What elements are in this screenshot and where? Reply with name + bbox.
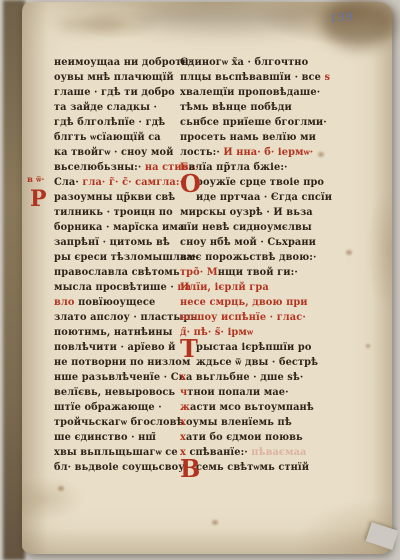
text-segment: повїюоущесе bbox=[75, 297, 156, 308]
text-segment: ка твойгѡ · сноу мой bbox=[54, 147, 173, 158]
top-edge-stain bbox=[58, 16, 118, 32]
text-line: вмє порожьствѣ двою:· bbox=[180, 250, 318, 265]
text-line: ношоу испѣнїе · глас· bbox=[180, 310, 318, 325]
text-line: хвы вьпльщьшагѡ се bbox=[54, 445, 174, 460]
text-line: в ѿ·Сла· гла· г̃· с̃· самгла:· bbox=[54, 175, 174, 190]
text-segment: гла· г̃· с̃· самгла:· bbox=[82, 177, 183, 188]
text-line: ждьсе ѿ двы · бестрѣ bbox=[180, 355, 318, 370]
text-line: ха вьгльбне · дше ѕѣ· bbox=[180, 370, 318, 385]
text-segment: семь свѣтѡмь стнїй bbox=[196, 462, 309, 473]
text-line: вьселюбьзны:· на стива· bbox=[54, 160, 174, 175]
text-segment: ношоу испѣнїе · глас· bbox=[180, 312, 306, 323]
stain-spot bbox=[346, 250, 352, 255]
text-line: Трыстаа ієрѣпшїи ро bbox=[180, 340, 318, 355]
text-line: д̃· пѣ· ѕ̃· ірмѡ bbox=[180, 325, 318, 340]
text-segment: ры єреси тѣзломышлаа· bbox=[54, 252, 196, 263]
text-segment: рыстаа ієрѣпшїи ро bbox=[196, 342, 312, 353]
text-line: просеть намь велїю ми bbox=[180, 130, 318, 145]
text-segment: велїєвь, невыровось bbox=[54, 387, 175, 398]
text-segment: злато апслоу · пластырь bbox=[54, 312, 197, 323]
text-segment: Єдиногѡ х̃а · блгочтно bbox=[180, 57, 308, 68]
text-line: Рразоумны цр̃кви свѣ bbox=[54, 190, 174, 205]
text-line: мысла просвѣтише · па bbox=[54, 280, 174, 295]
photo-backdrop: 139 неимоущаа ни добротн·оувы мнѣ плачющ… bbox=[0, 0, 400, 560]
stain-spot bbox=[58, 486, 64, 491]
text-line: тройчьскагѡ бгословѣ bbox=[54, 415, 174, 430]
text-segment: влїа пр̃тла бжіе:· bbox=[188, 162, 287, 173]
text-segment: пїи невѣ сидноумєлвы bbox=[180, 222, 312, 233]
text-segment: асти мсо вьтоумпанѣ bbox=[190, 402, 314, 413]
text-line: тро̃· Мнщи твой ги:· bbox=[180, 265, 318, 280]
text-line: блгть ѡсїающїй са bbox=[54, 130, 174, 145]
text-line: запрѣнї · цитомь вѣ bbox=[54, 235, 174, 250]
page-tear bbox=[366, 522, 399, 550]
stain-spot bbox=[366, 344, 370, 348]
text-segment: нше разьвлѣченїе · Сь bbox=[54, 372, 185, 383]
text-segment: сьнбсе приїеше бгоглми· bbox=[180, 117, 327, 128]
text-line: та зайде сладкы · bbox=[54, 100, 174, 115]
text-line: поютнмь, натнѣины bbox=[54, 325, 174, 340]
text-line: ше єдинство · нш̃ bbox=[54, 430, 174, 445]
text-segment: оувы мнѣ плачющїй bbox=[54, 72, 174, 83]
text-line: тилникь · троицн по bbox=[54, 205, 174, 220]
text-column-right: Єдиногѡ х̃а · блгочтноплцы вьспѣвавшїи ·… bbox=[180, 55, 318, 475]
text-segment: вмє порожьствѣ двою:· bbox=[180, 252, 317, 263]
text-segment: запрѣнї · цитомь вѣ bbox=[54, 237, 170, 248]
text-line: Илїи, ієрлй гра bbox=[180, 280, 318, 295]
text-segment: мысла просвѣтише · bbox=[54, 282, 177, 293]
text-line: злато апслоу · пластырь bbox=[54, 310, 174, 325]
text-line: несе смрць, двою при bbox=[180, 295, 318, 310]
text-line: иде пртчаа · Єгда спсїи bbox=[180, 190, 318, 205]
text-segment: вьселюбьзны:· bbox=[54, 162, 141, 173]
text-segment: бл· вьдвоіе соущьсвоу bbox=[54, 462, 185, 473]
text-segment: Илїи, ієрлй гра bbox=[180, 282, 269, 293]
text-segment: мирскы оузрѣ · И вьза bbox=[180, 207, 313, 218]
text-segment: ж bbox=[180, 402, 190, 413]
text-segment: штїе ображающе · bbox=[54, 402, 162, 413]
text-segment: православла свѣтомь bbox=[54, 267, 180, 278]
text-segment: та зайде сладкы · bbox=[54, 102, 157, 113]
text-segment: ше єдинство · нш̃ bbox=[54, 432, 156, 443]
text-segment: не потворни по низлом bbox=[54, 357, 191, 368]
text-segment: вло bbox=[54, 297, 75, 308]
text-line: велїєвь, невыровось bbox=[54, 385, 174, 400]
text-segment: хвы вьпльщьшагѡ се bbox=[54, 447, 178, 458]
text-line: штїе ображающе · bbox=[54, 400, 174, 415]
text-line: мирскы оузрѣ · И вьза bbox=[180, 205, 318, 220]
top-edge-stain bbox=[134, 6, 314, 32]
text-line: борника · марїска има bbox=[54, 220, 174, 235]
text-segment: оумы вленїемь пѣ bbox=[186, 417, 292, 428]
margin-rubric: в ѿ· bbox=[27, 176, 44, 185]
text-line: православла свѣтомь bbox=[54, 265, 174, 280]
text-segment: тройчьскагѡ бгословѣ bbox=[54, 417, 184, 428]
text-segment: повлѣчити · арїево й bbox=[54, 342, 176, 353]
text-line: ры єреси тѣзломышлаа· bbox=[54, 250, 174, 265]
text-segment: иде пртчаа · Єгда спсїи bbox=[196, 192, 332, 203]
text-segment: лость:· bbox=[180, 147, 223, 158]
text-line: вло повїюоущесе bbox=[54, 295, 174, 310]
text-line: хати бо єдмои поювь bbox=[180, 430, 318, 445]
text-line: хоумы вленїемь пѣ bbox=[180, 415, 318, 430]
illuminated-initial: Р bbox=[30, 188, 47, 210]
text-segment: нщи твой ги:· bbox=[218, 267, 298, 278]
text-line: чтнои попали мае· bbox=[180, 385, 318, 400]
text-line: Єдиногѡ х̃а · блгочтно bbox=[180, 55, 318, 70]
text-line: бл· вьдвоіе соущьсвоу bbox=[54, 460, 174, 475]
stain-spot bbox=[212, 520, 218, 525]
text-line: гдѣ блголѣпїе · гдѣ bbox=[54, 115, 174, 130]
text-line: повлѣчити · арїево й bbox=[54, 340, 174, 355]
text-line: плцы вьспѣвавшїи · все ѕ bbox=[180, 70, 318, 85]
text-line: хвалещїи проповѣдаше· bbox=[180, 85, 318, 100]
text-segment: роужїе срце твоіе про bbox=[196, 177, 324, 188]
text-line: нше разьвлѣченїе · Сь bbox=[54, 370, 174, 385]
text-line: тѣмь вѣнце побѣди bbox=[180, 100, 318, 115]
text-segment: И нна· б̃· іермѡ· bbox=[223, 147, 313, 158]
text-line: жасти мсо вьтоумпанѣ bbox=[180, 400, 318, 415]
text-line: сьнбсе приїеше бгоглми· bbox=[180, 115, 318, 130]
text-segment: тилникь · троицн по bbox=[54, 207, 173, 218]
text-line: Всемь свѣтѡмь стнїй bbox=[180, 460, 318, 475]
text-segment: неимоущаа ни добротн· bbox=[54, 57, 192, 68]
text-segment: борника · марїска има bbox=[54, 222, 184, 233]
text-segment: тнои попали мае· bbox=[187, 387, 288, 398]
text-line: сноу нбѣ мой · Сьхрани bbox=[180, 235, 318, 250]
text-line: неимоущаа ни добротн· bbox=[54, 55, 174, 70]
text-segment: тро̃· М bbox=[180, 267, 218, 278]
stain-spot bbox=[318, 152, 324, 157]
text-segment: ждьсе ѿ двы · бестрѣ bbox=[196, 357, 318, 368]
text-line: глаше · гдѣ ти добро bbox=[54, 85, 174, 100]
text-segment: сноу нбѣ мой · Сьхрани bbox=[180, 237, 316, 248]
text-segment: поютнмь, натнѣины bbox=[54, 327, 173, 338]
text-segment: ѕ bbox=[321, 72, 330, 83]
text-segment: тѣмь вѣнце побѣди bbox=[180, 102, 292, 113]
text-segment: глаше · гдѣ ти добро bbox=[54, 87, 175, 98]
text-line: оувы мнѣ плачющїй bbox=[54, 70, 174, 85]
text-segment: Сла· bbox=[54, 177, 82, 188]
manuscript-page: 139 неимоущаа ни добротн·оувы мнѣ плачющ… bbox=[22, 2, 392, 554]
text-segment: а вьгльбне · дше ѕѣ· bbox=[186, 372, 303, 383]
text-segment: плцы вьспѣвавшїи · все bbox=[180, 72, 321, 83]
text-line: не потворни по низлом bbox=[54, 355, 174, 370]
text-segment: просеть намь велїю ми bbox=[180, 132, 316, 143]
text-segment: пѣваємаа bbox=[248, 447, 307, 458]
text-line: ка твойгѡ · сноу мой bbox=[54, 145, 174, 160]
text-column-left: неимоущаа ни добротн·оувы мнѣ плачющїйгл… bbox=[54, 55, 174, 475]
illuminated-initial: В bbox=[180, 457, 200, 481]
text-segment: блгть ѡсїающїй са bbox=[54, 132, 161, 143]
text-line: Ороужїе срце твоіе про bbox=[180, 175, 318, 190]
text-segment: хвалещїи проповѣдаше· bbox=[180, 87, 320, 98]
text-segment: несе смрць, двою при bbox=[180, 297, 308, 308]
folio-number: 139 bbox=[329, 10, 354, 25]
text-segment: гдѣ блголѣпїе · гдѣ bbox=[54, 117, 165, 128]
text-line: пїи невѣ сидноумєлвы bbox=[180, 220, 318, 235]
text-line: лость:· И нна· б̃· іермѡ· bbox=[180, 145, 318, 160]
text-segment: ати бо єдмои поювь bbox=[186, 432, 303, 443]
text-line: х спѣванїе:· пѣваємаа bbox=[180, 445, 318, 460]
text-segment: разоумны цр̃кви свѣ bbox=[54, 192, 175, 203]
